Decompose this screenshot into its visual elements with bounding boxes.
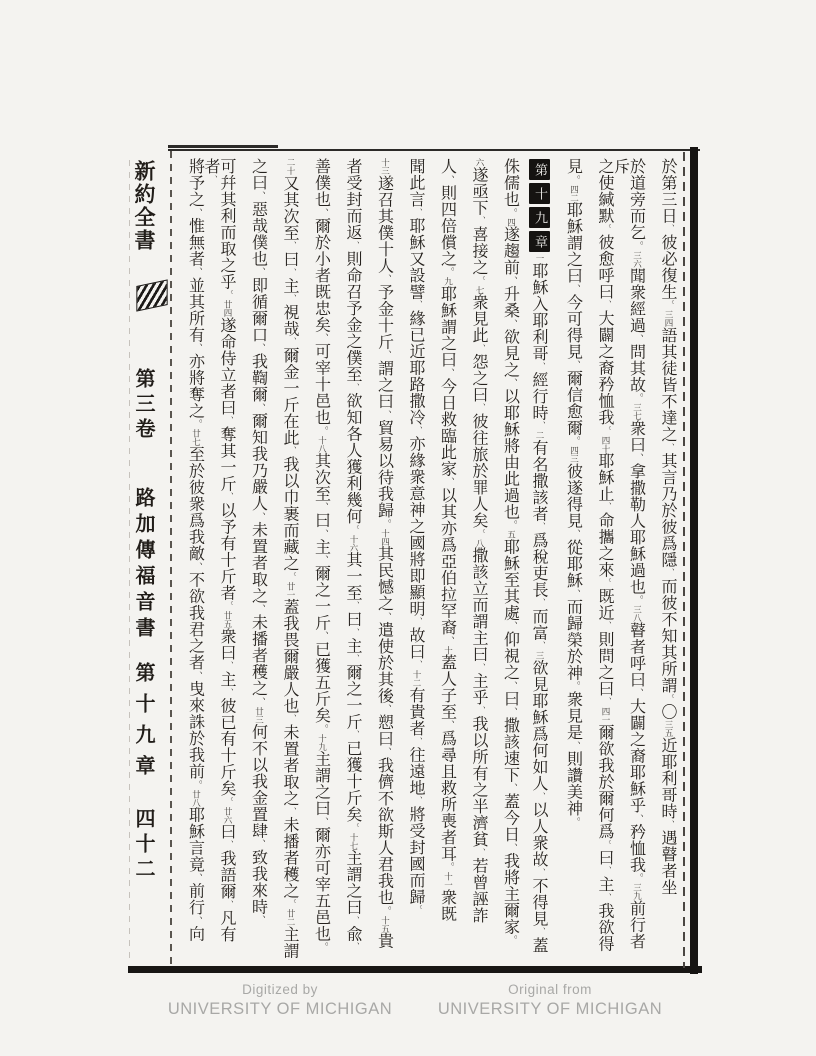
text-column: 善僕也、爾於小者既忠矣、可宰十邑也。十八其次至、曰、主、爾之一斤、已獲五斤矣。十… [304,158,336,964]
verse-number: 二 [534,431,544,440]
text-column: 聞此言、耶穌又設譬、緣已近耶路撒冷、亦緣衆意神之國將即顯明、故曰、十二有貴者、往… [399,158,431,964]
text-column: 十三遂召其僕十人、予金十斤、謂之曰、貿易以待我歸。十四其民憾之、遣使於其後、愬曰… [367,158,399,964]
verse-number: 十 [443,646,453,655]
text-column: 將予之、惟無者、並其所有、亦將奪之。廿七至於彼衆爲我敵、不欲我君之者、曳來誅於我… [178,158,210,964]
verse-number: 七 [474,286,484,295]
verse-number: 廿四 [222,300,232,317]
text-column: 侏儒也。四遂趨前、升桑、欲見之、以耶穌將由此過也。五耶穌至其處、仰視之、曰、撒該… [493,158,525,964]
verse-number: 廿二 [285,909,295,926]
book-title: 路加傳福音書 [134,487,154,643]
volume-label: 第三卷 [134,368,154,443]
verse-number: 九 [443,277,453,286]
text-column: 於道旁而乞。三六聞衆經過、問其故。三七衆曰、拿撒勒人耶穌過也。三八瞽者呼曰、大闢… [619,158,651,964]
text-column: 可幷其利而取之乎。廿四遂命侍立者曰、奪其一斤、以予有十斤者。廿五衆曰、主、彼已有… [210,158,242,964]
digitized-by-credit: Digitized by UNIVERSITY OF MICHIGAN [150,982,410,1019]
verse-number: 三八 [632,605,642,622]
verse-number: 廿三 [254,707,264,724]
verse-number: 廿七 [191,429,201,446]
verse-number: 五 [506,530,516,539]
text-column: 二十又其次至、曰、主、視哉、爾金一斤在此、我以巾裹而藏之。廿一蓋我畏爾嚴人也、未… [273,158,305,964]
margin-strip: 新約全書 第三卷 路加傳福音書 第十九章 四十二 [130,150,172,970]
verse-number: 三九 [632,883,642,900]
verse-number: 三四 [663,310,673,327]
verse-number: 三 [534,651,544,660]
verse-number: 十八 [317,436,327,453]
verse-number: 四十 [600,436,610,453]
original-from-credit: Original from UNIVERSITY OF MICHIGAN [420,982,680,1019]
chapter-seal: 第十九章 [530,158,549,254]
library-stamp-icon [136,279,167,311]
verse-number: 十三 [380,158,390,175]
verse-number: 三七 [632,403,642,420]
text-column: 第十九章一耶穌入耶利哥、經行時、二有名撒該者、爲稅吏長、而富、三欲見耶穌爲何如人… [525,158,557,964]
verse-number: 十四 [380,529,390,546]
original-from-institution: UNIVERSITY OF MICHIGAN [420,1000,680,1019]
verse-number: 十五 [380,916,390,933]
text-column: 見。四二耶穌謂之曰、今可得見、爾信愈爾。四三彼遂得見、從耶穌、而歸榮於神。衆見是… [556,158,588,964]
verse-number: 六 [474,158,484,167]
frame-top-accent [168,145,278,148]
verse-number: 廿一 [285,582,295,599]
verse-number: 十一 [443,872,453,889]
text-column: 之曰、惡哉僕也、即循爾口、我鞫爾、爾知我乃嚴人、未置者取之、未播者穫之、廿三何不… [241,158,273,964]
verse-number: 廿五 [222,611,232,628]
page-number: 四十二 [134,808,154,883]
digitized-by-label: Digitized by [150,982,410,997]
verse-number: 廿六 [222,807,232,824]
frame-right-outer-border [690,147,698,974]
verse-number: 十二 [411,670,421,687]
text-column: 於第三日、彼必復生。三四語其徒皆不達之、其言乃於彼爲隱、而彼不知其所謂。〇三五近… [651,158,683,964]
chapter-label: 第十九章 [134,662,154,786]
frame-top-border [168,149,700,151]
verse-number: 廿八 [191,790,201,807]
verse-number: 十九 [317,734,327,751]
verse-number: 四 [506,218,516,227]
verse-number: 三五 [663,720,673,737]
verse-number: 一 [534,254,544,263]
text-column: 者受封而返、則命召予金之僕至、欲知各人獲利幾何。十六其一至、曰、主、爾之一斤、已… [336,158,368,964]
verse-number: 十六 [348,535,358,552]
frame-bottom-border [128,966,702,973]
verse-number: 四二 [569,185,579,202]
verse-number: 八 [474,539,484,548]
verse-number: 四三 [569,446,579,463]
original-from-label: Original from [420,982,680,997]
verse-number: 十七 [348,833,358,850]
text-column: 六遂亟下、喜接之。七衆見此、怨之曰、彼往旅於罪人矣。八撒該立而謂主曰、主乎、我以… [462,158,494,964]
text-column: 之使緘默。彼愈呼曰、大闢之裔矜恤我。四十耶穌止、命攜之來。既近、則問之曰、四一爾… [588,158,620,964]
series-title: 新約全書 [134,160,155,252]
verse-number: 四一 [600,707,610,724]
digitized-by-institution: UNIVERSITY OF MICHIGAN [150,1000,410,1019]
verse-number: 二十 [285,158,295,175]
scripture-text-area: 於第三日、彼必復生。三四語其徒皆不達之、其言乃於彼爲隱、而彼不知其所謂。〇三五近… [178,158,682,964]
frame-right-inner-border [683,152,685,968]
text-column: 人、則四倍償之。九耶穌謂之曰、今日救臨此家、以其亦爲亞伯拉罕裔、十蓋人子至、爲尋… [430,158,462,964]
verse-number: 三六 [632,251,642,268]
